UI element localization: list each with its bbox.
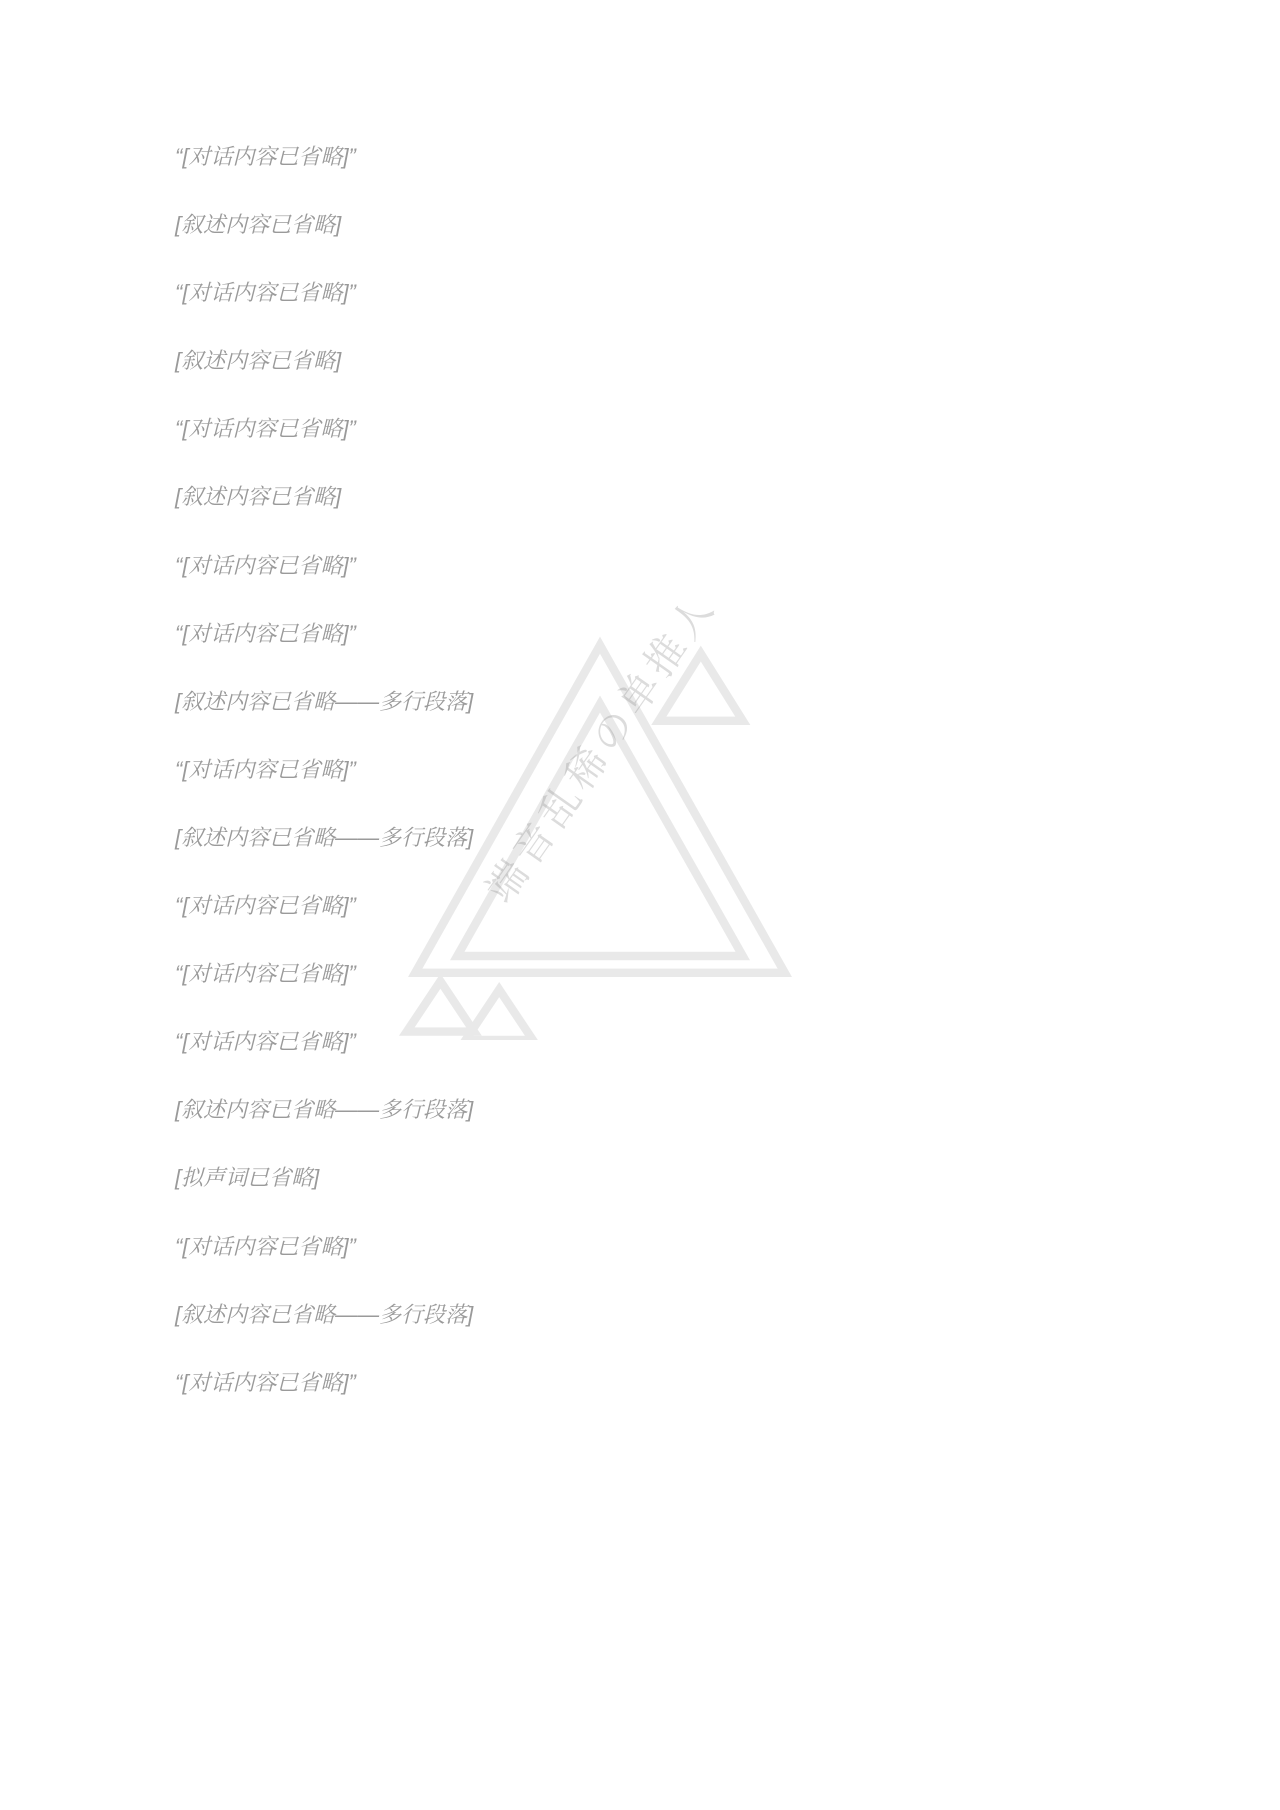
paragraph-narration: [叙述内容已省略——多行段落]: [175, 821, 1110, 855]
paragraph-dialogue: “[对话内容已省略]”: [175, 1366, 1110, 1400]
paragraph-narration: [拟声词已省略]: [175, 1161, 1110, 1195]
paragraph-dialogue: “[对话内容已省略]”: [175, 753, 1110, 787]
paragraph-dialogue: “[对话内容已省略]”: [175, 140, 1110, 174]
paragraph-narration: [叙述内容已省略——多行段落]: [175, 1298, 1110, 1332]
paragraph-narration: [叙述内容已省略——多行段落]: [175, 685, 1110, 719]
paragraph-dialogue: “[对话内容已省略]”: [175, 889, 1110, 923]
paragraph-narration: [叙述内容已省略——多行段落]: [175, 1093, 1110, 1127]
document-page: 端音乱稀の单推人 “[对话内容已省略]”[叙述内容已省略]“[对话内容已省略]”…: [0, 0, 1280, 1810]
text-column: “[对话内容已省略]”[叙述内容已省略]“[对话内容已省略]”[叙述内容已省略]…: [0, 0, 1280, 1400]
paragraph-dialogue: “[对话内容已省略]”: [175, 1230, 1110, 1264]
paragraph-narration: [叙述内容已省略]: [175, 344, 1110, 378]
paragraph-dialogue: “[对话内容已省略]”: [175, 957, 1110, 991]
paragraph-narration: [叙述内容已省略]: [175, 480, 1110, 514]
paragraph-dialogue: “[对话内容已省略]”: [175, 1025, 1110, 1059]
paragraph-dialogue: “[对话内容已省略]”: [175, 412, 1110, 446]
paragraph-dialogue: “[对话内容已省略]”: [175, 617, 1110, 651]
paragraph-narration: [叙述内容已省略]: [175, 208, 1110, 242]
paragraph-dialogue: “[对话内容已省略]”: [175, 276, 1110, 310]
paragraph-dialogue: “[对话内容已省略]”: [175, 549, 1110, 583]
